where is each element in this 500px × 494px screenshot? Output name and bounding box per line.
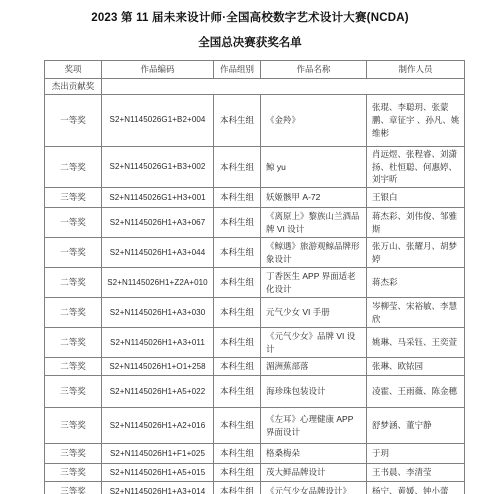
col-header-code: 作品编码	[102, 61, 214, 79]
code-cell: S2+N1145026H1+A5+022	[102, 376, 214, 408]
group-cell: 本科生组	[214, 298, 261, 328]
group-cell: 本科生组	[214, 268, 261, 298]
award-cell: 三等奖	[45, 482, 102, 494]
work-cell: 《左耳》心理健康 APP 界面设计	[261, 408, 367, 444]
code-cell: S2+N1145026G1+B3+002	[102, 146, 214, 187]
creators-cell: 舒梦涵、董宁静	[367, 408, 465, 444]
award-cell: 三等奖	[45, 188, 102, 208]
group-cell: 本科生组	[214, 328, 261, 358]
creators-cell: 王银白	[367, 188, 465, 208]
work-cell: 《鲸遇》旅游观鲸品牌形象设计	[261, 238, 367, 268]
award-cell: 三等奖	[45, 376, 102, 408]
code-cell: S2+N1145026H1+A3+044	[102, 238, 214, 268]
group-cell: 本科生组	[214, 464, 261, 482]
header-row: 奖项 作品编码 作品组别 作品名称 制作人员	[45, 61, 465, 79]
group-cell: 本科生组	[214, 188, 261, 208]
col-header-creators: 制作人员	[367, 61, 465, 79]
group-cell: 本科生组	[214, 238, 261, 268]
code-cell: S2+N1145026H1+A3+067	[102, 208, 214, 238]
award-cell: 三等奖	[45, 444, 102, 464]
group-cell: 本科生组	[214, 94, 261, 146]
work-cell: 丁香医生 APP 界面适老化设计	[261, 268, 367, 298]
work-cell: 《元气少女品牌设计》	[261, 482, 367, 494]
table-row: 二等奖 S2+N1145026G1+B3+002 本科生组 鲸 yu 肖远煜、张…	[45, 146, 465, 187]
award-cell: 三等奖	[45, 464, 102, 482]
award-cell: 三等奖	[45, 408, 102, 444]
award-cell: 二等奖	[45, 298, 102, 328]
code-cell: S2+N1145026H1+F1+025	[102, 444, 214, 464]
table-row: 一等奖 S2+N1145026H1+A3+067 本科生组 《离原上》黎族山兰酒…	[45, 208, 465, 238]
creators-cell: 王书晨、李清莹	[367, 464, 465, 482]
award-cell: 一等奖	[45, 94, 102, 146]
page-subtitle: 全国总决赛获奖名单	[0, 34, 500, 50]
award-cell: 一等奖	[45, 208, 102, 238]
creators-cell: 于玥	[367, 444, 465, 464]
table-row: 二等奖 S2+N1145026H1+Z2A+010 本科生组 丁香医生 APP …	[45, 268, 465, 298]
section-label: 杰出贡献奖	[45, 79, 102, 95]
group-cell: 本科生组	[214, 444, 261, 464]
table-row: 三等奖 S2+N1145026H1+F1+025 本科生组 格桑梅朵 于玥	[45, 444, 465, 464]
work-cell: 《元气少女》品牌 VI 设计	[261, 328, 367, 358]
work-cell: 妖姬骸甲 A-72	[261, 188, 367, 208]
table-row: 三等奖 S2+N1145026H1+A3+014 本科生组 《元气少女品牌设计》…	[45, 482, 465, 494]
creators-cell: 凌霍、王雨薇、陈金穗	[367, 376, 465, 408]
table-row: 一等奖 S2+N1145026G1+B2+004 本科生组 《金羚》 张琨、李聪…	[45, 94, 465, 146]
work-cell: 海珍珠包装设计	[261, 376, 367, 408]
award-cell: 二等奖	[45, 328, 102, 358]
section-empty-cell	[102, 79, 465, 95]
creators-cell: 姚琳、马采钰、王奕萱	[367, 328, 465, 358]
col-header-group: 作品组别	[214, 61, 261, 79]
work-cell: 《金羚》	[261, 94, 367, 146]
creators-cell: 张万山、张耀月、胡梦婷	[367, 238, 465, 268]
work-cell: 《离原上》黎族山兰酒品牌 VI 设计	[261, 208, 367, 238]
award-cell: 二等奖	[45, 268, 102, 298]
award-cell: 二等奖	[45, 358, 102, 376]
awards-table: 奖项 作品编码 作品组别 作品名称 制作人员 杰出贡献奖 一等奖 S2+N114…	[44, 60, 465, 494]
table-row: 三等奖 S2+N1145026H1+A5+022 本科生组 海珍珠包装设计 凌霍…	[45, 376, 465, 408]
work-cell: 湄洲蕉部落	[261, 358, 367, 376]
table-row: 三等奖 S2+N1145026G1+H3+001 本科生组 妖姬骸甲 A-72 …	[45, 188, 465, 208]
code-cell: S2+N1145026H1+Z2A+010	[102, 268, 214, 298]
group-cell: 本科生组	[214, 208, 261, 238]
code-cell: S2+N1145026H1+A3+014	[102, 482, 214, 494]
award-cell: 一等奖	[45, 238, 102, 268]
table-row: 一等奖 S2+N1145026H1+A3+044 本科生组 《鲸遇》旅游观鲸品牌…	[45, 238, 465, 268]
code-cell: S2+N1145026H1+A5+015	[102, 464, 214, 482]
work-cell: 鲸 yu	[261, 146, 367, 187]
code-cell: S2+N1145026H1+A2+016	[102, 408, 214, 444]
creators-cell: 蒋杰彩	[367, 268, 465, 298]
group-cell: 本科生组	[214, 376, 261, 408]
col-header-award: 奖项	[45, 61, 102, 79]
table-row: 二等奖 S2+N1145026H1+O1+258 本科生组 湄洲蕉部落 张琳、欧…	[45, 358, 465, 376]
work-cell: 格桑梅朵	[261, 444, 367, 464]
table-row: 三等奖 S2+N1145026H1+A2+016 本科生组 《左耳》心理健康 A…	[45, 408, 465, 444]
col-header-work: 作品名称	[261, 61, 367, 79]
creators-cell: 张琳、欧铱园	[367, 358, 465, 376]
creators-cell: 岑柳莹、宋裕敏、李慧欣	[367, 298, 465, 328]
work-cell: 元气少女 VI 手册	[261, 298, 367, 328]
code-cell: S2+N1145026H1+A3+011	[102, 328, 214, 358]
creators-cell: 张琨、李聪玥、张蒙鹏、章征宇 、孙凡、姚维彬	[367, 94, 465, 146]
award-cell: 二等奖	[45, 146, 102, 187]
section-row: 杰出贡献奖	[45, 79, 465, 95]
group-cell: 本科生组	[214, 482, 261, 494]
creators-cell: 肖远煜、张程睿、刘潇扬、杜恒聪、何惠婷、刘宇昕	[367, 146, 465, 187]
group-cell: 本科生组	[214, 408, 261, 444]
creators-cell: 蒋杰彩、刘伟俊、邹雅斯	[367, 208, 465, 238]
page-title: 2023 第 11 届未来设计师·全国高校数字艺术设计大赛(NCDA)	[0, 9, 500, 25]
code-cell: S2+N1145026H1+A3+030	[102, 298, 214, 328]
group-cell: 本科生组	[214, 358, 261, 376]
group-cell: 本科生组	[214, 146, 261, 187]
work-cell: 茂大鲜品牌设计	[261, 464, 367, 482]
code-cell: S2+N1145026G1+B2+004	[102, 94, 214, 146]
table-row: 三等奖 S2+N1145026H1+A5+015 本科生组 茂大鲜品牌设计 王书…	[45, 464, 465, 482]
code-cell: S2+N1145026G1+H3+001	[102, 188, 214, 208]
creators-cell: 杨宁、黄媛、钟小蕾	[367, 482, 465, 494]
code-cell: S2+N1145026H1+O1+258	[102, 358, 214, 376]
table-row: 二等奖 S2+N1145026H1+A3+030 本科生组 元气少女 VI 手册…	[45, 298, 465, 328]
table-row: 二等奖 S2+N1145026H1+A3+011 本科生组 《元气少女》品牌 V…	[45, 328, 465, 358]
